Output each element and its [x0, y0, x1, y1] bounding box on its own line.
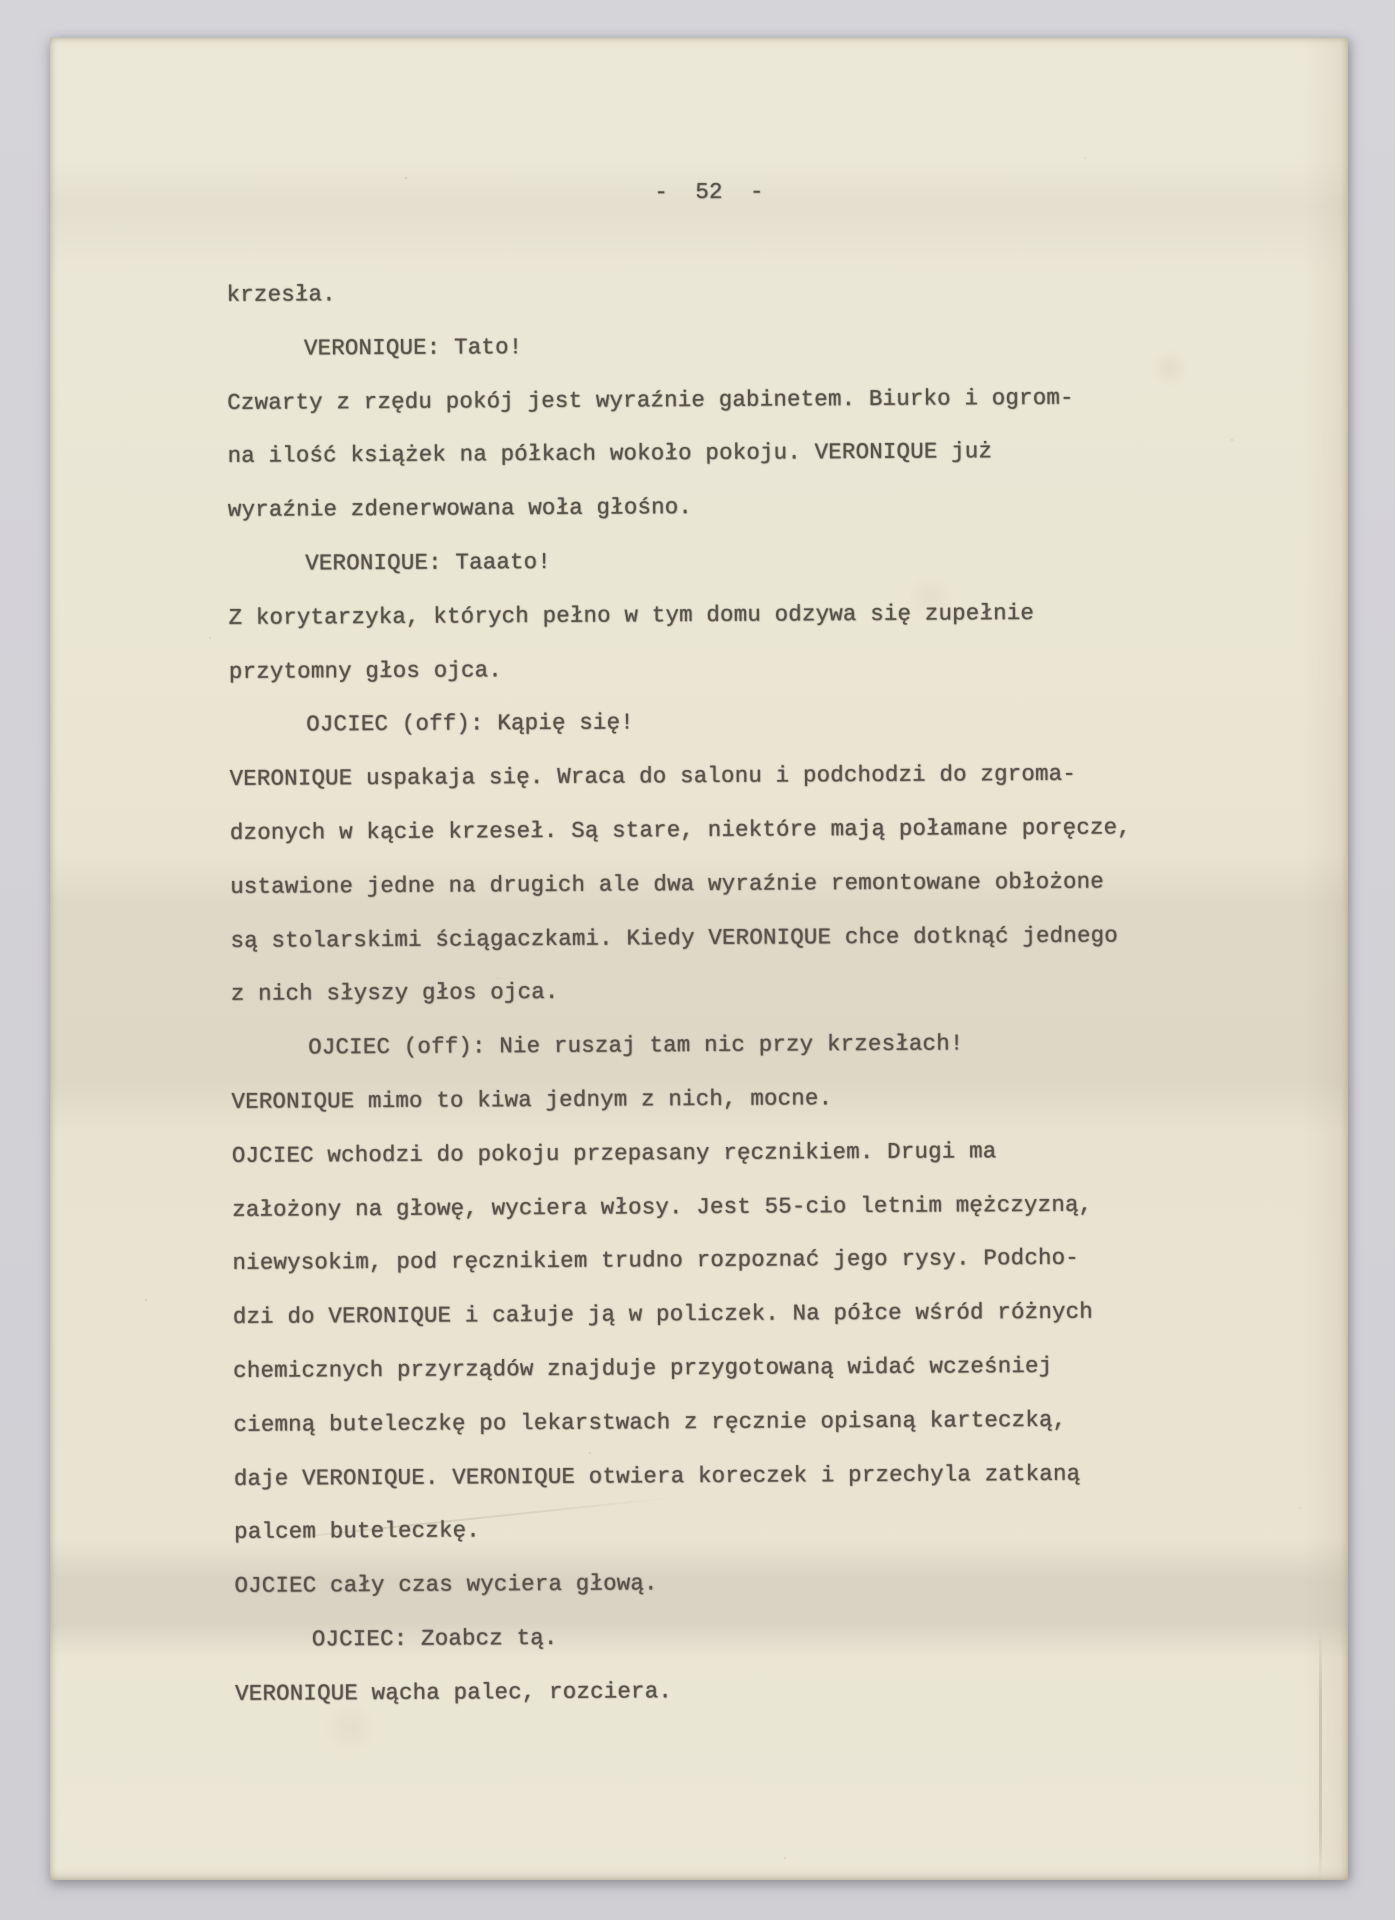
script-line: VERONIQUE: Tato!: [227, 317, 1128, 376]
script-line: Z korytarzyka, których pełno w tym domu …: [228, 586, 1129, 645]
script-line: VERONIQUE wącha palec, rozciera.: [235, 1662, 1136, 1721]
script-line: OJCIEC (off): Kąpię się!: [229, 694, 1130, 753]
script-line: na ilość książek na półkach wokoło pokoj…: [227, 425, 1128, 484]
scan-background: - 52 - krzesła.VERONIQUE: Tato!Czwarty z…: [0, 0, 1395, 1920]
script-line: przytomny głos ojca.: [229, 640, 1130, 699]
script-line: daje VERONIQUE. VERONIQUE otwiera korecz…: [234, 1447, 1135, 1506]
script-line: z nich słyszy głos ojca.: [231, 963, 1132, 1022]
script-line: chemicznych przyrządów znajduje przygoto…: [233, 1339, 1134, 1398]
script-line: dzi do VERONIQUE i całuje ją w policzek.…: [233, 1286, 1134, 1345]
script-line: OJCIEC: Zoabcz tą.: [235, 1608, 1136, 1667]
script-line: VERONIQUE: Taaato!: [228, 532, 1129, 591]
script-line: VERONIQUE mimo to kiwa jednym z nich, mo…: [231, 1070, 1132, 1129]
script-text: krzesła.VERONIQUE: Tato!Czwarty z rzędu …: [226, 263, 1136, 1721]
script-line: założony na głowę, wyciera włosy. Jest 5…: [232, 1178, 1133, 1237]
script-line: OJCIEC wchodzi do pokoju przepasany ręcz…: [232, 1124, 1133, 1183]
script-line: ustawione jedne na drugich ale dwa wyraź…: [230, 855, 1131, 914]
script-line: palcem buteleczkę.: [234, 1501, 1135, 1560]
page-number: - 52 -: [69, 162, 1349, 224]
script-line: niewysokim, pod ręcznikiem trudno rozpoz…: [232, 1232, 1133, 1291]
script-line: są stolarskimi ściągaczkami. Kiedy VERON…: [230, 909, 1131, 968]
script-line: VERONIQUE uspakaja się. Wraca do salonu …: [229, 748, 1130, 807]
script-line: OJCIEC (off): Nie ruszaj tam nic przy kr…: [231, 1017, 1132, 1076]
script-line: Czwarty z rzędu pokój jest wyraźnie gabi…: [227, 371, 1128, 430]
script-line: OJCIEC cały czas wyciera głową.: [234, 1555, 1135, 1614]
typed-content: - 52 - krzesła.VERONIQUE: Tato!Czwarty z…: [50, 30, 1359, 1880]
script-line: krzesła.: [226, 263, 1127, 322]
document-page: - 52 - krzesła.VERONIQUE: Tato!Czwarty z…: [50, 38, 1348, 1880]
script-line: ciemną buteleczkę po lekarstwach z ręczn…: [233, 1393, 1134, 1452]
script-line: dzonych w kącie krzeseł. Są stare, niekt…: [230, 801, 1131, 860]
script-line: wyraźnie zdenerwowana woła głośno.: [228, 479, 1129, 538]
